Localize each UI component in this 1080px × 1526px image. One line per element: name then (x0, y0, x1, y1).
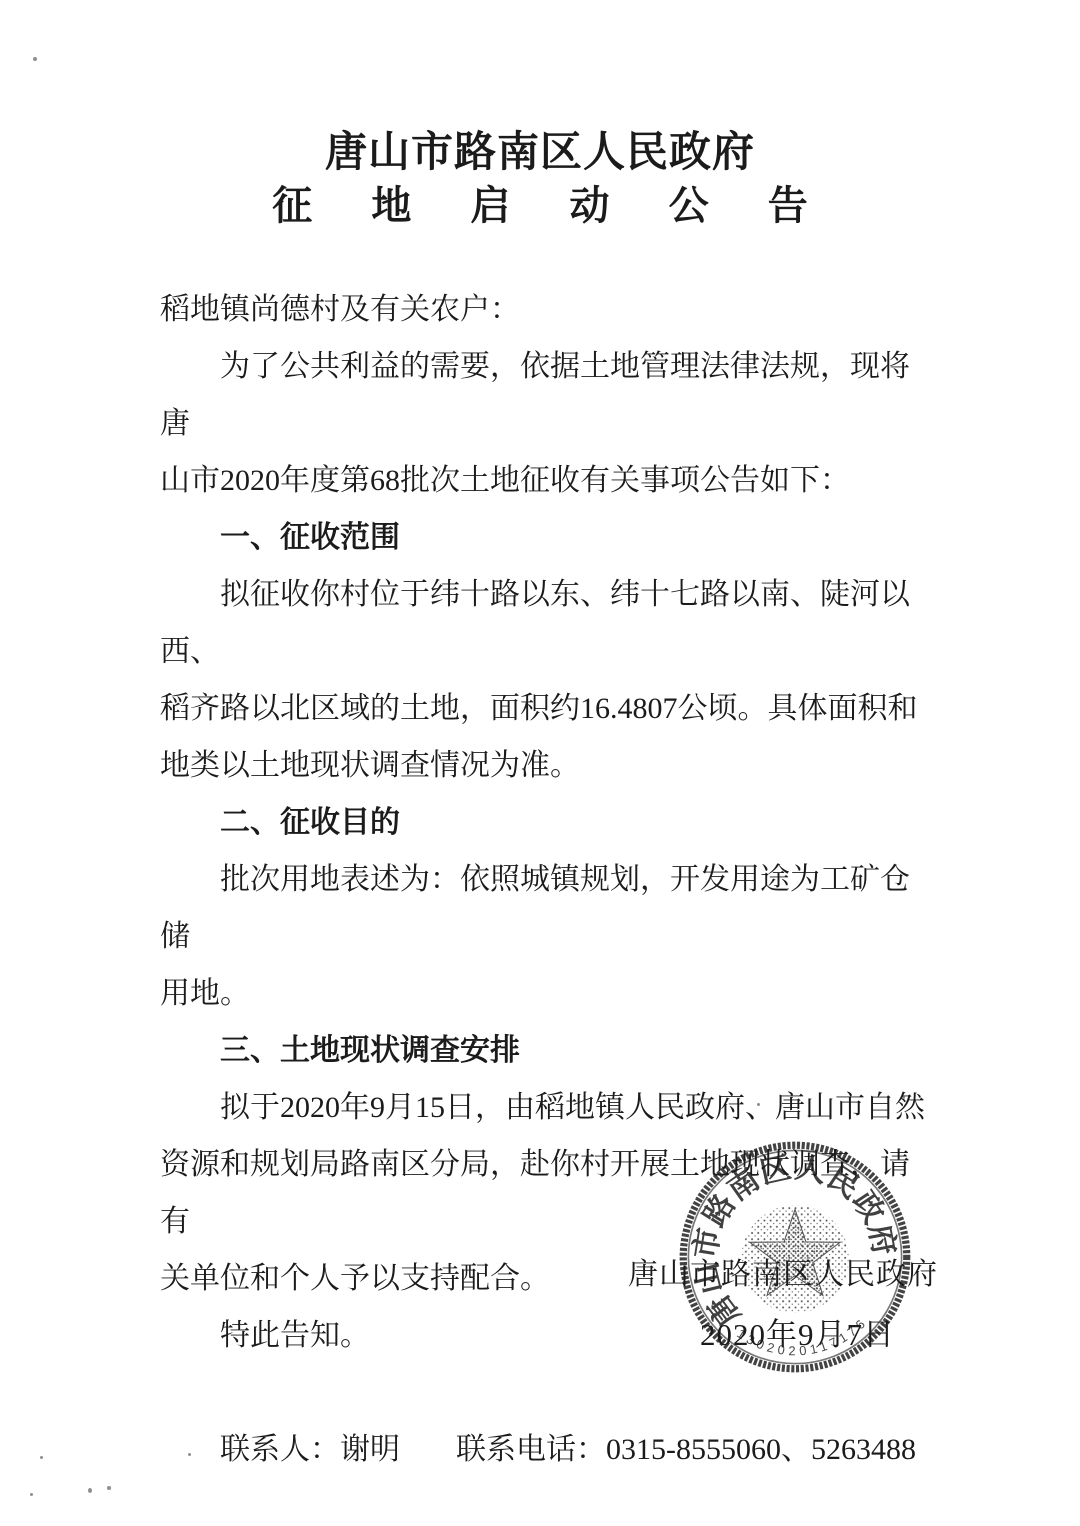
signature-org: 唐山市路南区人民政府 (628, 1249, 938, 1293)
section-1-heading: 一、征收范围 (160, 509, 930, 566)
signature-date: 2020年9月7日 (700, 1309, 895, 1354)
contact-line: 联系人：谢明联系电话：0315-8555060、5263488 (160, 1421, 930, 1478)
doc-title-org: 唐山市路南区人民政府 (0, 0, 1080, 176)
section-2-heading: 二、征收目的 (160, 794, 930, 851)
section-3-heading: 三、土地现状调查安排 (160, 1022, 930, 1079)
scan-speck (40, 1456, 43, 1459)
intro-paragraph: 为了公共利益的需要，依据土地管理法律法规，现将唐 山市2020年度第68批次土地… (160, 338, 930, 509)
scan-speck (33, 57, 37, 61)
contact-phone-numbers: 0315-8555060、5263488 (606, 1433, 916, 1466)
scan-speck (107, 1486, 111, 1490)
section-2-body: 批次用地表述为：依照城镇规划，开发用途为工矿仓储 用地。 (160, 851, 930, 1022)
section-1-body: 拟征收你村位于纬十路以东、纬十七路以南、陡河以西、 稻齐路以北区域的土地，面积约… (160, 566, 930, 794)
contact-phone-label: 联系电话： (456, 1433, 606, 1466)
doc-title-subject: 征 地 启 动 公 告 (0, 183, 1080, 229)
contact-person-name: 谢明 (340, 1433, 400, 1466)
scan-speck (88, 1488, 92, 1493)
salutation: 稻地镇尚德村及有关农户： (160, 281, 930, 338)
scan-speck (30, 1493, 33, 1496)
document-page: 唐山市路南区人民政府 征 地 启 动 公 告 稻地镇尚德村及有关农户： 为了公共… (0, 0, 1080, 1526)
contact-person-label: 联系人： (220, 1433, 340, 1466)
doc-body: 稻地镇尚德村及有关农户： 为了公共利益的需要，依据土地管理法律法规，现将唐 山市… (160, 281, 930, 1478)
